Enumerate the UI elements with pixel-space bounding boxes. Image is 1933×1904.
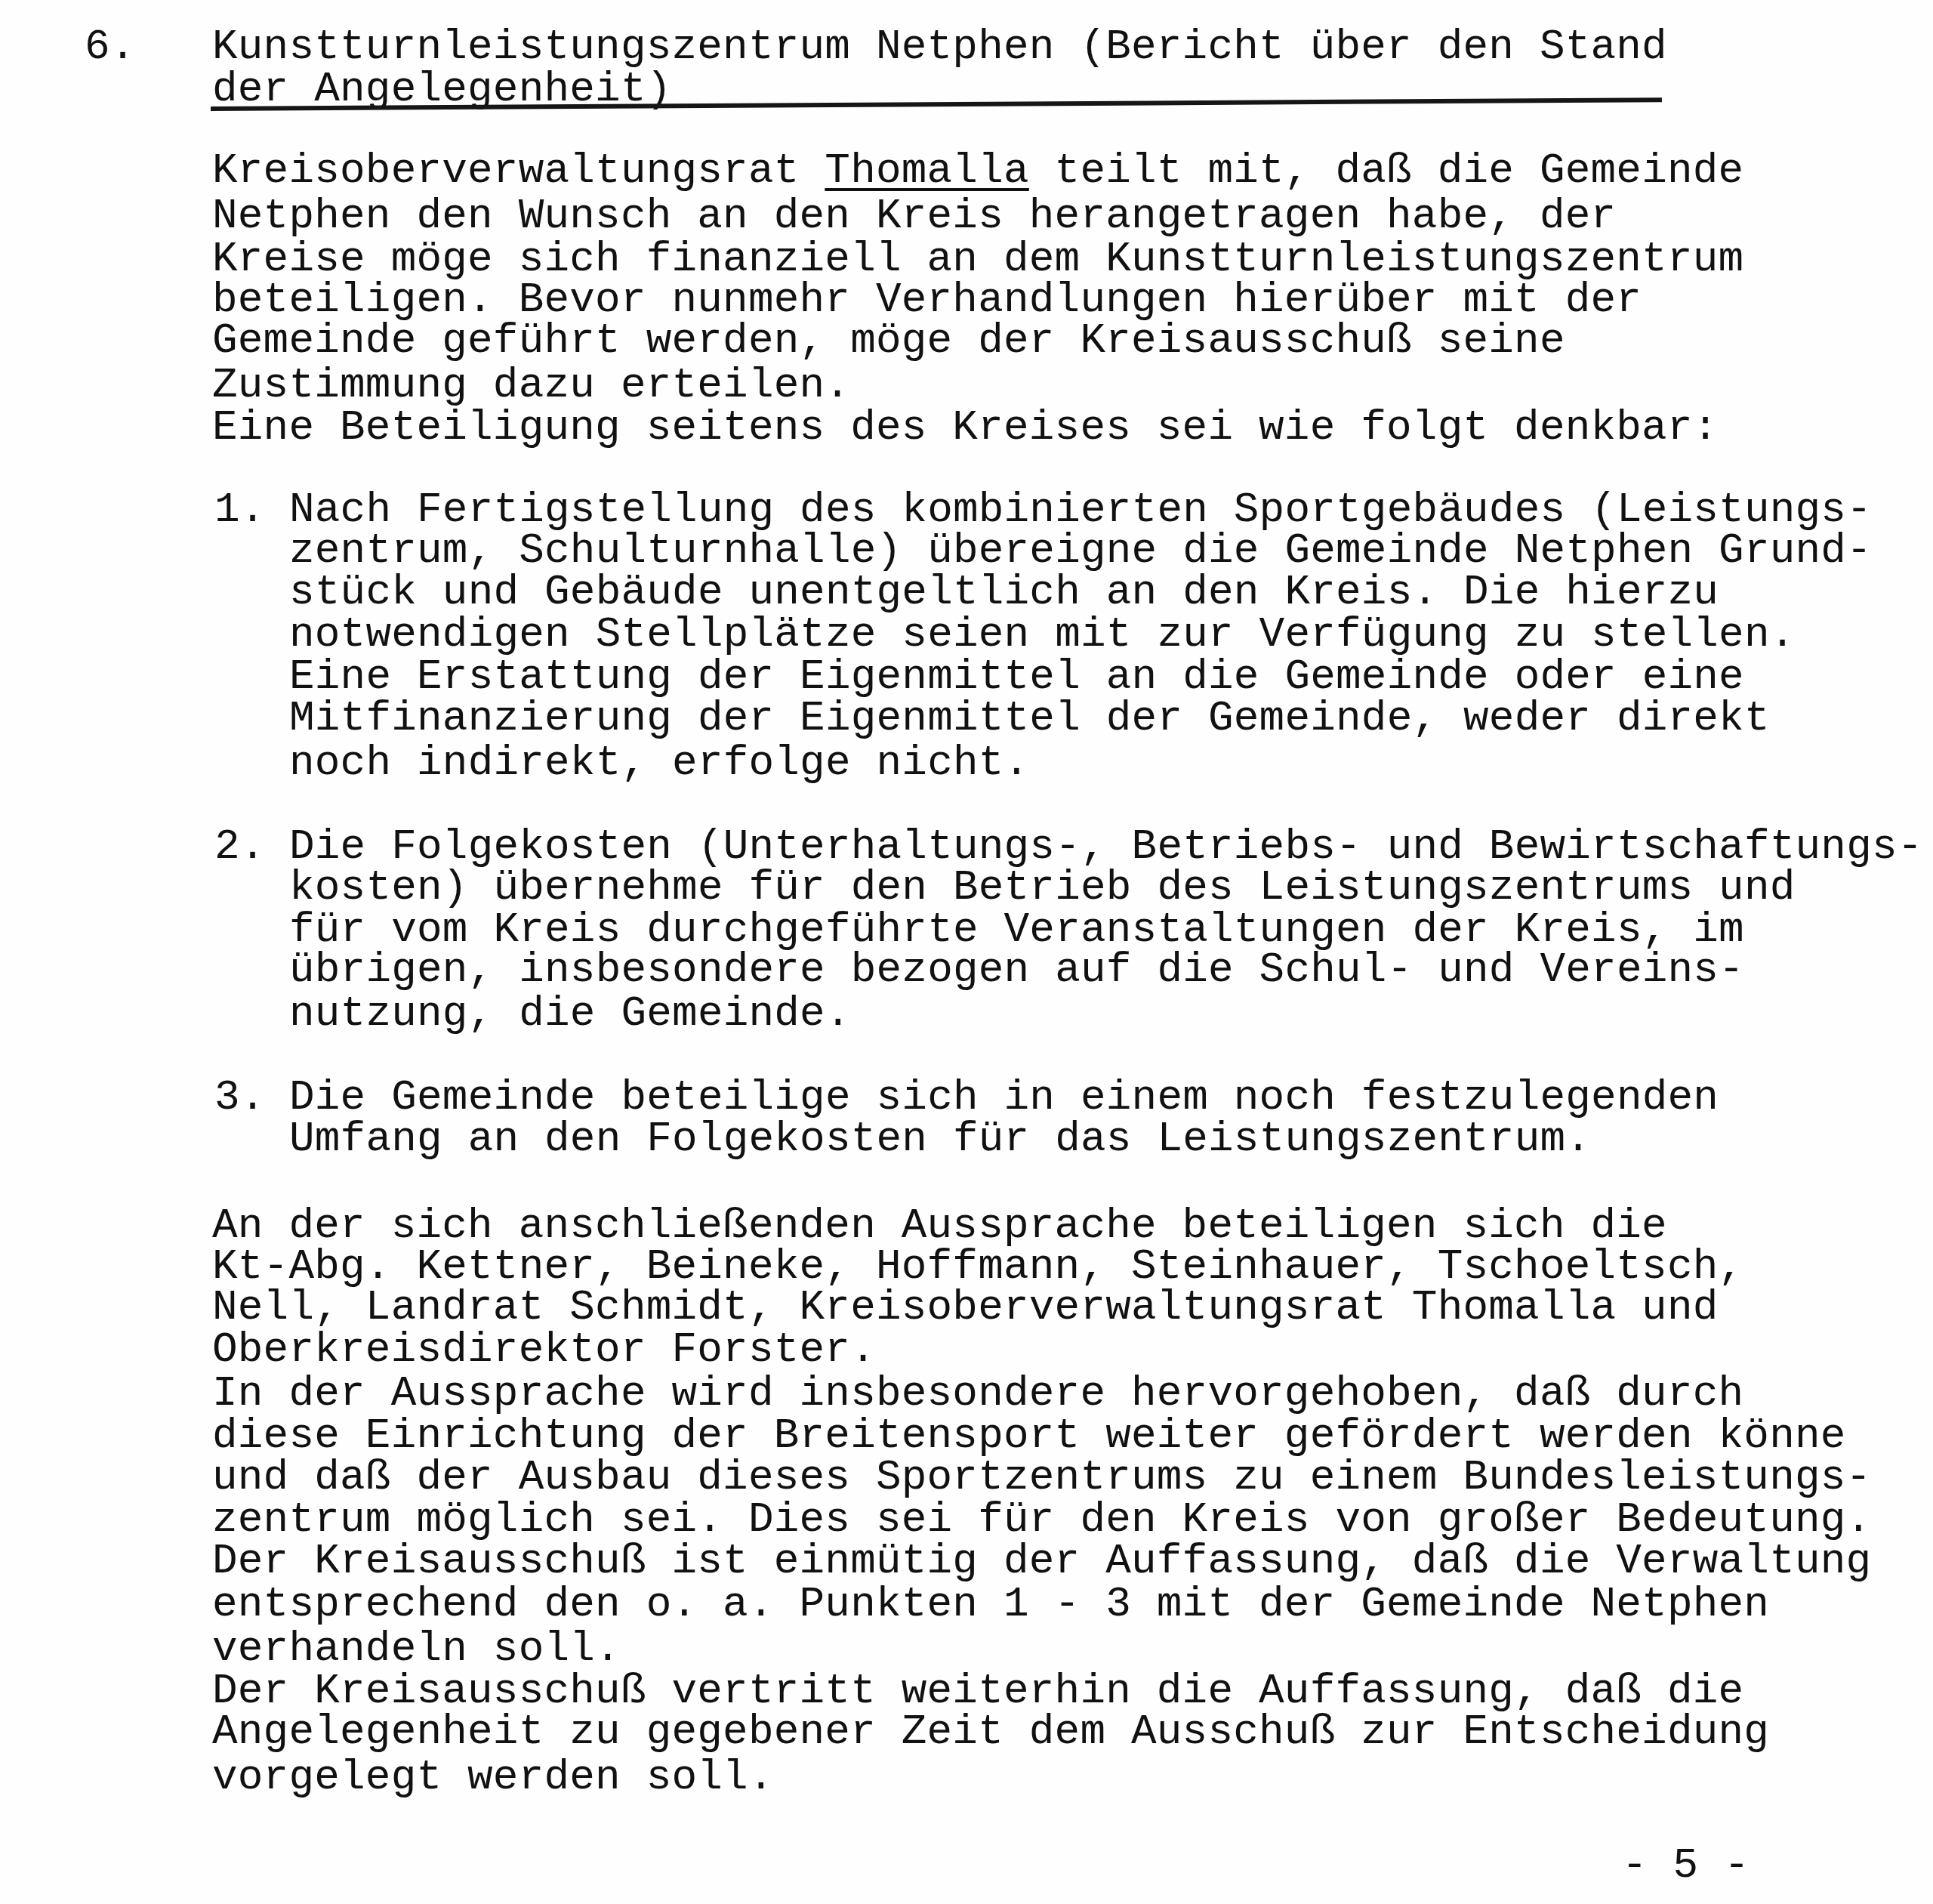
discussion-line: An der sich anschließenden Aussprache be… [212,1205,1667,1247]
list-item-1-line: stück und Gebäude unentgeltlich an den K… [289,571,1719,613]
list-item-1-line: Eine Erstattung der Eigenmittel an die G… [289,656,1744,698]
list-item-3-line: Umfang an den Folgekosten für das Leistu… [289,1118,1591,1160]
intro-line: Zustimmung dazu erteilen. [212,364,850,406]
discussion-line: Der Kreisausschuß vertritt weiterhin die… [212,1670,1743,1712]
intro-line: beteiligen. Bevor nunmehr Verhandlungen … [212,279,1642,321]
discussion-line: diese Einrichtung der Breitensport weite… [212,1415,1846,1457]
discussion-line: Der Kreisausschuß ist einmütig der Auffa… [212,1540,1871,1582]
list-item-2-line: für vom Kreis durchgeführte Veranstaltun… [289,909,1744,951]
list-item-1-line: zentrum, Schulturnhalle) übereigne die G… [289,529,1872,572]
discussion-line: Kt-Abg. Kettner, Beineke, Hoffmann, Stei… [212,1245,1743,1288]
list-item-1-line: Mitfinanzierung der Eigenmittel der Geme… [289,697,1770,739]
list-item-number-2: 2. [214,825,266,868]
list-item-1-line: Nach Fertigstellung des kombinierten Spo… [289,489,1872,531]
intro-line: Gemeinde geführt werden, möge der Kreisa… [212,319,1565,362]
discussion-line: und daß der Ausbau dieses Sportzentrums … [212,1456,1871,1498]
page-number: - 5 - [1622,1844,1750,1887]
intro-line: Netphen den Wunsch an den Kreis heranget… [212,195,1616,237]
document-page: 6. Kunstturnleistungszentrum Netphen (Be… [0,0,1933,1904]
discussion-line: Nell, Landrat Schmidt, Kreisoberverwaltu… [212,1286,1719,1328]
discussion-line: entsprechend den o. a. Punkten 1 - 3 mit… [212,1583,1769,1625]
section-number: 6. [85,26,136,68]
section-title-line-1: Kunstturnleistungszentrum Netphen (Beric… [212,26,1667,68]
intro-line-1: Kreisoberverwaltungsrat Thomalla teilt m… [212,150,1743,192]
discussion-line: In der Aussprache wird insbesondere herv… [212,1372,1743,1415]
intro-line-1-post: teilt mit, daß die Gemeinde [1029,147,1744,195]
list-item-2-line: nutzung, die Gemeinde. [289,992,851,1035]
list-item-1-line: noch indirekt, erfolge nicht. [289,742,1029,784]
intro-line: Kreise möge sich finanziell an dem Kunst… [212,238,1743,280]
discussion-line: vorgelegt werden soll. [212,1756,774,1798]
intro-line-1-pre: Kreisoberverwaltungsrat [212,147,825,195]
list-item-2-line: übrigen, insbesondere bezogen auf die Sc… [289,949,1744,991]
underlined-name-thomalla: Thomalla [825,147,1028,195]
list-item-number-1: 1. [214,489,266,531]
discussion-line: verhandeln soll. [212,1628,621,1670]
list-item-number-3: 3. [214,1076,266,1119]
list-item-2-line: Die Folgekosten (Unterhaltungs-, Betrieb… [289,825,1923,868]
list-item-3-line: Die Gemeinde beteilige sich in einem noc… [289,1076,1719,1119]
discussion-line: Angelegenheit zu gegebener Zeit dem Auss… [212,1711,1769,1753]
list-item-1-line: notwendigen Stellplätze seien mit zur Ve… [289,613,1796,656]
intro-line: Eine Beteiligung seitens des Kreises sei… [212,406,1719,449]
discussion-line: zentrum möglich sei. Dies sei für den Kr… [212,1498,1871,1541]
list-item-2-line: kosten) übernehme für den Betrieb des Le… [289,866,1796,909]
discussion-line: Oberkreisdirektor Forster. [212,1328,876,1371]
